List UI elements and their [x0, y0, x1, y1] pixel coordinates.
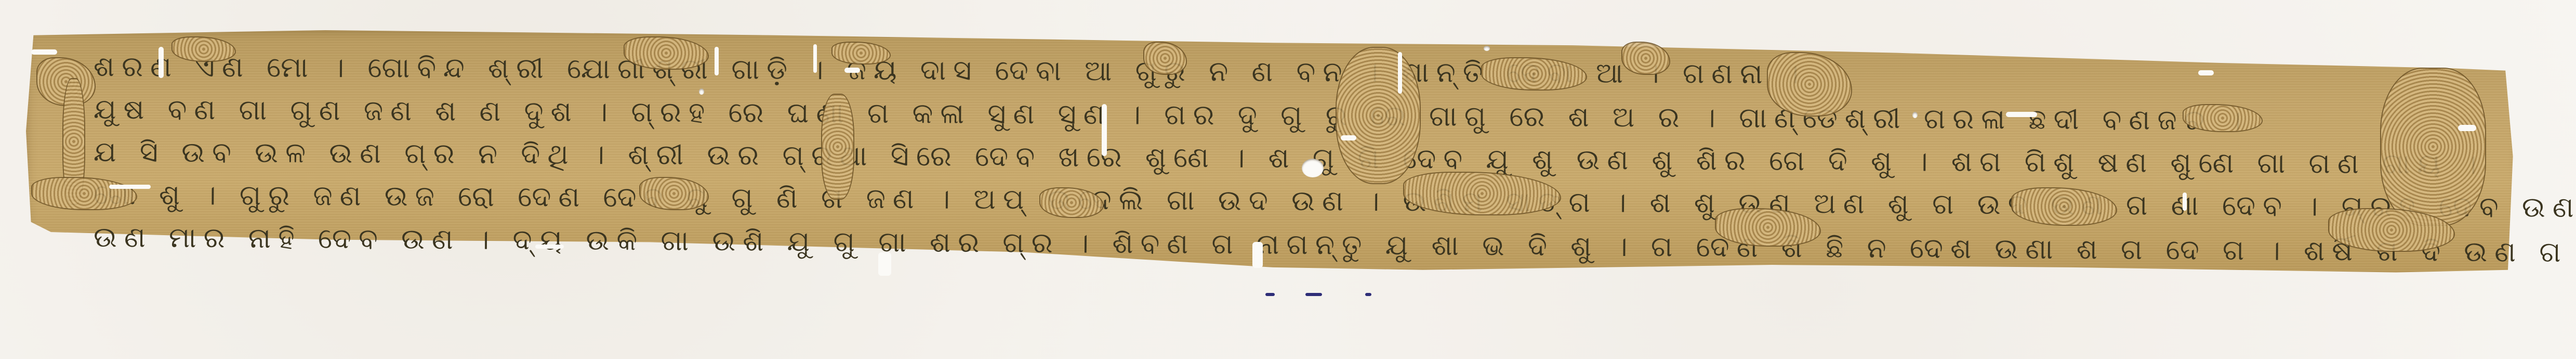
damage-patch: [821, 94, 854, 200]
crack: [109, 185, 151, 189]
crack: [1398, 52, 1402, 94]
blue-ink-mark: [1365, 293, 1371, 296]
crack: [1341, 135, 1356, 140]
blue-ink-mark: [1305, 293, 1322, 296]
crack: [2006, 112, 2037, 117]
crack: [715, 47, 719, 75]
small-hole: [699, 88, 704, 95]
damage-patch: [1336, 47, 1421, 184]
crack: [31, 49, 57, 55]
crack: [158, 47, 164, 78]
damage-patch: [2380, 68, 2486, 226]
small-hole: [1912, 112, 1918, 118]
small-hole: [1484, 46, 1490, 51]
crack: [878, 252, 891, 276]
crack: [2183, 193, 2187, 211]
blue-ink-mark: [1265, 293, 1275, 296]
binding-hole: [1302, 159, 1324, 177]
crack: [1252, 242, 1263, 268]
crack: [2198, 70, 2214, 75]
crack: [1102, 104, 1107, 156]
crack: [813, 44, 817, 73]
crack: [2458, 125, 2476, 131]
crack: [844, 68, 860, 73]
crack: [535, 245, 564, 249]
